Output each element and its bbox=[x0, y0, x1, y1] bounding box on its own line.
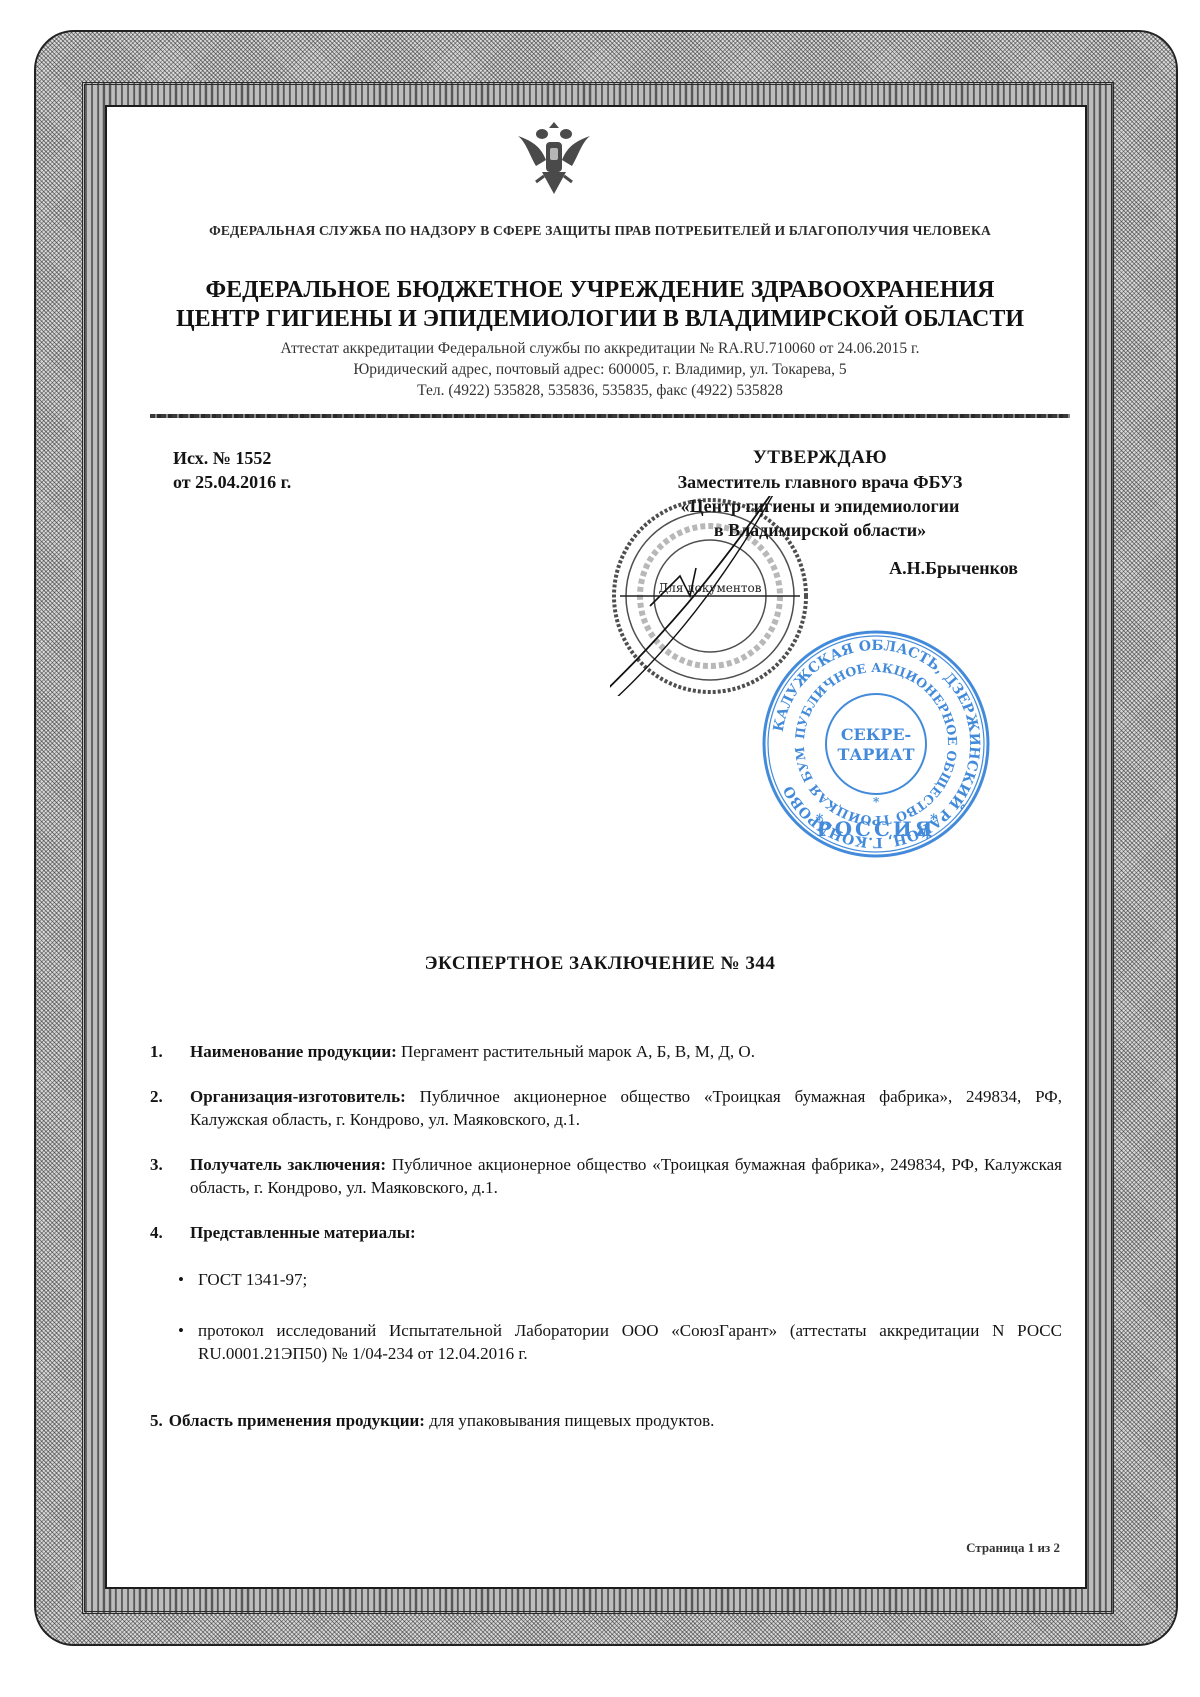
document-title: ЭКСПЕРТНОЕ ЗАКЛЮЧЕНИЕ № 344 bbox=[0, 953, 1200, 975]
section-text: для упаковывания пищевых продуктов. bbox=[425, 1411, 714, 1430]
bullet-icon: • bbox=[178, 1319, 198, 1365]
double-headed-eagle-icon bbox=[512, 112, 596, 200]
header-divider bbox=[150, 414, 1070, 418]
conclusion-sections: 1. Наименование продукции: Пергамент рас… bbox=[150, 1040, 1062, 1454]
organization-details: Аттестат аккредитации Федеральной службы… bbox=[0, 338, 1200, 401]
address-line: Юридический адрес, почтовый адрес: 60000… bbox=[0, 359, 1200, 380]
list-item: •протокол исследований Испытательной Лаб… bbox=[178, 1319, 1062, 1365]
section-text: Пергамент растительный марок А, Б, В, М,… bbox=[397, 1042, 755, 1061]
section-manufacturer: 2. Организация-изготовитель: Публичное а… bbox=[150, 1085, 1062, 1131]
accreditation-line: Аттестат аккредитации Федеральной службы… bbox=[0, 338, 1200, 359]
blue-round-stamp: КАЛУЖСКАЯ ОБЛАСТЬ, ДЗЕРЖИНСКИЙ РАЙОН, Г.… bbox=[760, 628, 992, 860]
org-title-line-1: ФЕДЕРАЛЬНОЕ БЮДЖЕТНОЕ УЧРЕЖДЕНИЕ ЗДРАВОО… bbox=[0, 276, 1200, 305]
section-application-area: 5. Область применения продукции: для упа… bbox=[150, 1409, 1062, 1432]
section-number: 4. bbox=[150, 1221, 190, 1244]
organization-title: ФЕДЕРАЛЬНОЕ БЮДЖЕТНОЕ УЧРЕЖДЕНИЕ ЗДРАВОО… bbox=[0, 276, 1200, 334]
svg-text:*: * bbox=[930, 812, 938, 828]
org-title-line-2: ЦЕНТР ГИГИЕНЫ И ЭПИДЕМИОЛОГИИ В ВЛАДИМИР… bbox=[0, 305, 1200, 334]
outgoing-date: от 25.04.2016 г. bbox=[173, 470, 291, 494]
outgoing-number-block: Исх. № 1552 от 25.04.2016 г. bbox=[173, 446, 291, 494]
materials-list: •ГОСТ 1341-97; •протокол исследований Ис… bbox=[178, 1268, 1062, 1393]
approval-title: УТВЕРЖДАЮ bbox=[600, 446, 1040, 470]
approval-position-1: Заместитель главного врача ФБУЗ bbox=[600, 470, 1040, 494]
page-indicator: Страница 1 из 2 bbox=[966, 1540, 1060, 1556]
outgoing-number: Исх. № 1552 bbox=[173, 446, 291, 470]
blue-stamp-center-1: СЕКРЕ- bbox=[841, 725, 911, 744]
agency-name: ФЕДЕРАЛЬНАЯ СЛУЖБА ПО НАДЗОРУ В СФЕРЕ ЗА… bbox=[0, 223, 1200, 239]
section-label: Представленные материалы: bbox=[190, 1223, 416, 1242]
section-number: 3. bbox=[150, 1153, 190, 1199]
blue-stamp-bottom: РОССИЯ bbox=[817, 817, 936, 841]
section-label: Область применения продукции: bbox=[169, 1411, 425, 1430]
section-materials: 4. Представленные материалы: •ГОСТ 1341-… bbox=[150, 1221, 1062, 1393]
section-label: Наименование продукции: bbox=[190, 1042, 397, 1061]
svg-text:*: * bbox=[873, 795, 880, 809]
blue-stamp-center-2: ТАРИАТ bbox=[837, 745, 914, 764]
phone-line: Тел. (4922) 535828, 535836, 535835, факс… bbox=[0, 380, 1200, 401]
svg-text:*: * bbox=[816, 812, 824, 828]
section-number: 2. bbox=[150, 1085, 190, 1131]
section-number: 5. bbox=[150, 1409, 163, 1432]
section-label: Организация-изготовитель: bbox=[190, 1087, 406, 1106]
section-product-name: 1. Наименование продукции: Пергамент рас… bbox=[150, 1040, 1062, 1063]
list-item: •ГОСТ 1341-97; bbox=[178, 1268, 1062, 1291]
section-recipient: 3. Получатель заключения: Публичное акци… bbox=[150, 1153, 1062, 1199]
section-number: 1. bbox=[150, 1040, 190, 1063]
bullet-icon: • bbox=[178, 1268, 198, 1291]
section-label: Получатель заключения: bbox=[190, 1155, 386, 1174]
